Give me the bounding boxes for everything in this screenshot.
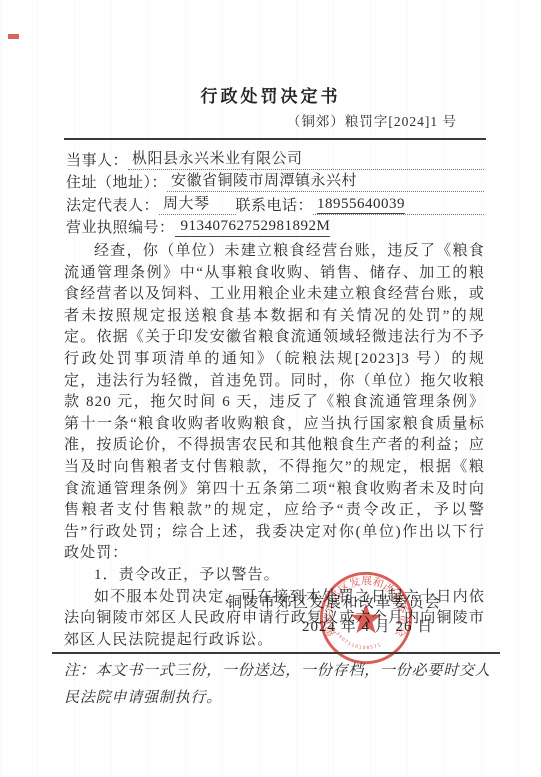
license-value: 91340762752981892M xyxy=(175,218,331,237)
doc-title: 行政处罚决定书 xyxy=(0,82,541,107)
phone-value-fill: 18955640039 xyxy=(313,196,484,215)
party-value: 枞阳县永兴米业有限公司 xyxy=(128,147,484,170)
party-row-name: 当事人： 枞阳县永兴米业有限公司 xyxy=(66,147,484,170)
party-row-license: 营业执照编号： 91340762752981892M xyxy=(66,215,484,238)
representative-value: 周大琴 xyxy=(159,192,236,215)
seal-serial-holder: 3407110108571 xyxy=(334,631,382,651)
penalty-decision-document: 行政处罚决定书 （铜郊）粮罚字[2024]1 号 当事人： 枞阳县永兴米业有限公… xyxy=(0,0,541,777)
seal-serial-number: 3407110108571 xyxy=(334,631,382,651)
decision-body: 经查，你（单位）未建立粮食经营台账，违反了《粮食流通管理条例》中“从事粮食收购、… xyxy=(64,241,485,651)
party-row-representative: 法定代表人： 周大琴 联系电话： 18955640039 xyxy=(66,192,484,215)
address-value: 安徽省铜陵市周潭镇永兴村 xyxy=(167,169,484,192)
footer-divider xyxy=(52,652,500,654)
party-label: 当事人： xyxy=(66,149,128,170)
phone-value: 18955640039 xyxy=(317,196,405,214)
doc-number: （铜郊）粮罚字[2024]1 号 xyxy=(287,110,457,130)
copies-note: 注：本文书一式三份，一份送达，一份存档，一份必要时交人民法院申请强制执行。 xyxy=(64,658,496,712)
address-label: 住址（地址）： xyxy=(66,171,167,192)
scan-red-mark xyxy=(8,34,19,39)
decision-item: 1．责令改正，予以警告。 xyxy=(64,565,485,587)
license-label: 营业执照编号： xyxy=(66,216,175,237)
header-divider xyxy=(64,138,486,140)
representative-label: 法定代表人： xyxy=(66,194,159,215)
findings-paragraph: 经查，你（单位）未建立粮食经营台账，违反了《粮食流通管理条例》中“从事粮食收购、… xyxy=(64,241,485,565)
seal-star-icon xyxy=(350,604,381,634)
party-info-section: 当事人： 枞阳县永兴米业有限公司 住址（地址）： 安徽省铜陵市周潭镇永兴村 法定… xyxy=(66,147,484,237)
party-row-address: 住址（地址）： 安徽省铜陵市周潭镇永兴村 xyxy=(66,170,484,193)
phone-label: 联系电话： xyxy=(236,194,314,215)
